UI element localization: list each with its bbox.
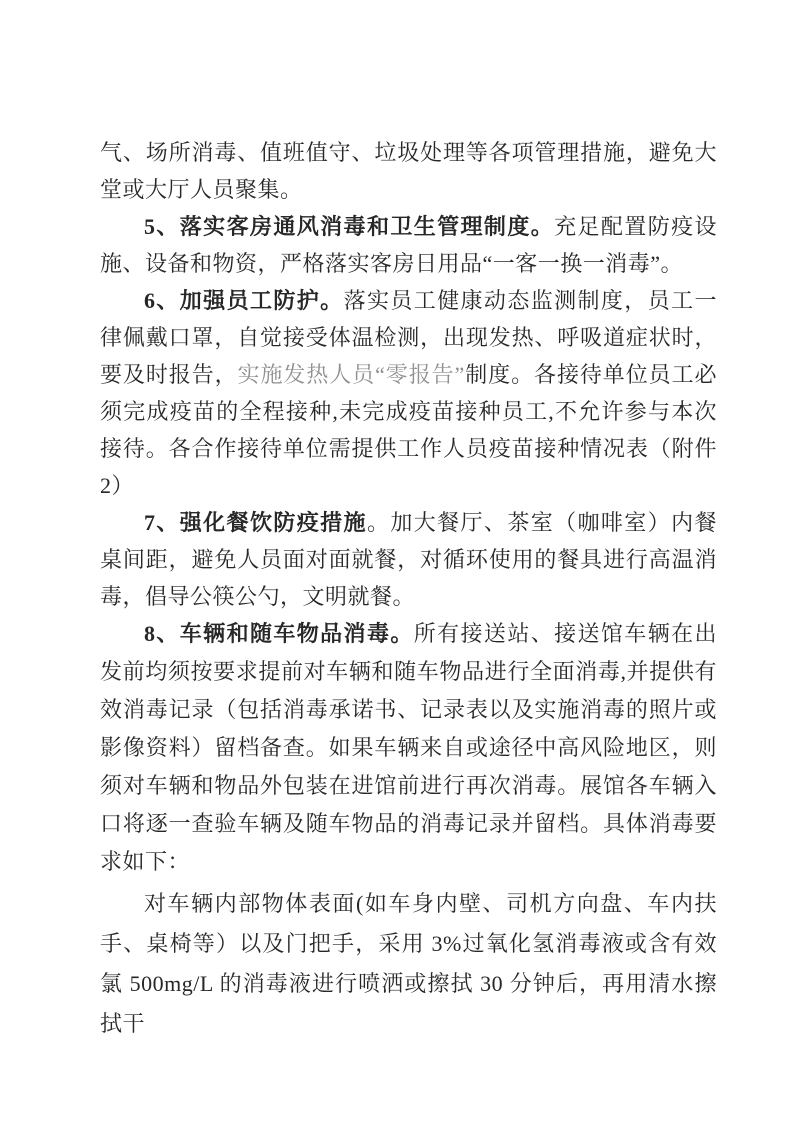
text-run-normal: 对车辆内部物体表面(如车身内壁、司机方向盘、车内扶手、桌椅等）以及门把手，采用 … [100, 891, 717, 1036]
paragraph-item-7: 7、强化餐饮防疫措施。加大餐厅、茶室（咖啡室）内餐桌间距，避免人员面对面就餐，对… [100, 504, 717, 615]
paragraph-item-5: 5、落实客房通风消毒和卫生管理制度。充足配置防疫设施、设备和物资，严格落实客房日… [100, 208, 717, 282]
text-run-bold: 8、车辆和随车物品消毒。 [144, 621, 414, 646]
text-run-bold: 6、加强员工防护。 [144, 288, 344, 313]
paragraph-continuation: 气、场所消毒、值班值守、垃圾处理等各项管理措施，避免大堂或大厅人员聚集。 [100, 134, 717, 208]
paragraph-vehicle-interior: 对车辆内部物体表面(如车身内壁、司机方向盘、车内扶手、桌椅等）以及门把手，采用 … [100, 884, 717, 1044]
text-run-normal: 气、场所消毒、值班值守、垃圾处理等各项管理措施，避免大堂或大厅人员聚集。 [100, 140, 717, 202]
text-run-gray: 实施发热人员“零报告” [238, 362, 465, 387]
text-run-normal: 所有接送站、接送馆车辆在出发前均须按要求提前对车辆和随车物品进行全面消毒,并提供… [100, 621, 717, 874]
text-run-bold: 7、强化餐饮防疫措施 [144, 510, 367, 535]
text-run-bold: 5、落实客房通风消毒和卫生管理制度。 [144, 214, 554, 239]
paragraph-item-6: 6、加强员工防护。落实员工健康动态监测制度，员工一律佩戴口罩，自觉接受体温检测，… [100, 282, 717, 504]
document-body: 气、场所消毒、值班值守、垃圾处理等各项管理措施，避免大堂或大厅人员聚集。5、落实… [100, 134, 717, 1044]
document-page: 气、场所消毒、值班值守、垃圾处理等各项管理措施，避免大堂或大厅人员聚集。5、落实… [0, 0, 793, 1122]
paragraph-item-8: 8、车辆和随车物品消毒。所有接送站、接送馆车辆在出发前均须按要求提前对车辆和随车… [100, 615, 717, 881]
